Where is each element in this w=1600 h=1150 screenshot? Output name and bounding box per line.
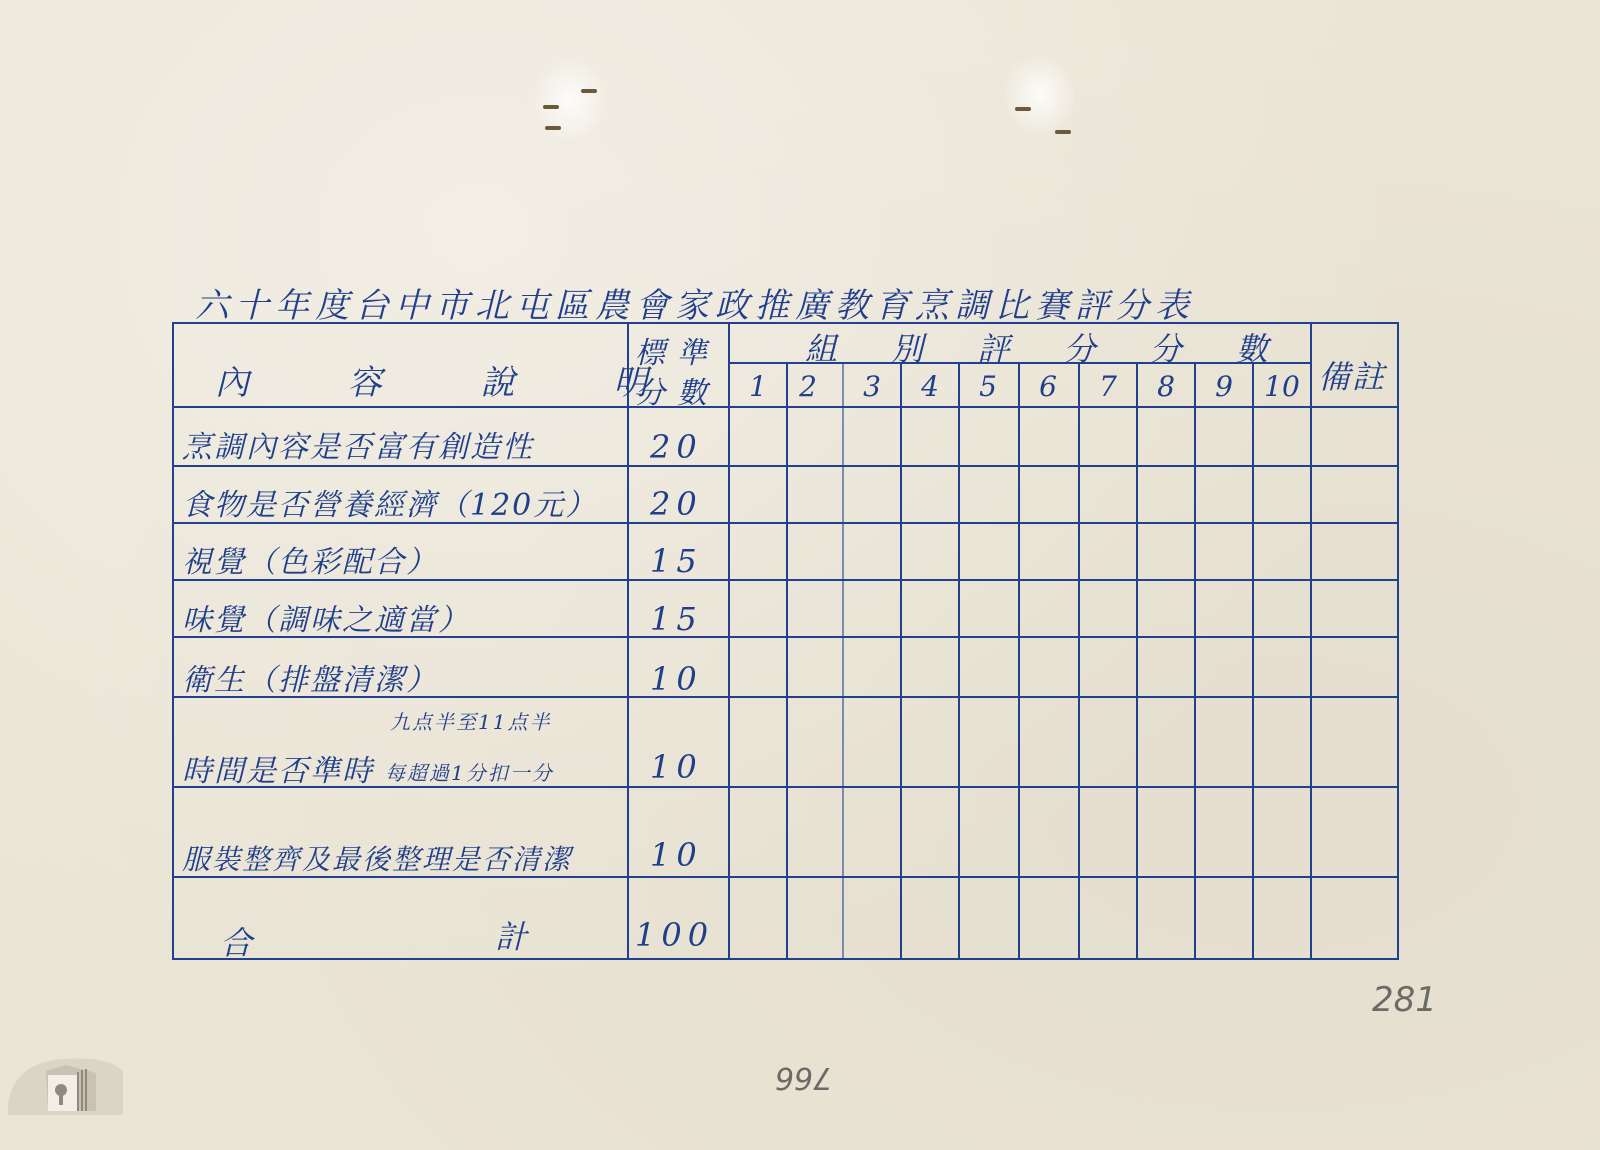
column-divider [627,322,629,960]
document-title: 六十年度台中市北屯區農會家政推廣教育烹調比賽評分表 [195,278,1155,327]
group-column-8: 8 [1138,370,1194,403]
column-divider [1136,362,1138,960]
header-remarks: 備註 [1318,352,1386,398]
header-standard-score-line1: 標準 [635,328,719,372]
table-right-border [1397,322,1399,960]
page-number-annotation: 281 [1372,980,1437,1020]
row-item-taste: 味覺（調味之適當） [182,595,470,639]
row-score-nutrition-economy: 20 [650,485,703,523]
total-score: 100 [635,916,714,954]
column-divider [728,322,730,960]
row-score-taste: 15 [650,600,703,638]
group-column-2: 2 [780,370,836,403]
column-divider [1310,322,1312,960]
group-column-5: 5 [960,370,1016,403]
row-note-punctuality-penalty: 每超過1分扣一分 [385,757,554,786]
row-item-nutrition-economy: 食物是否營養經濟（120元） [182,480,597,524]
row-score-hygiene: 10 [650,660,703,698]
row-item-punctuality: 時間是否準時 [182,746,374,790]
column-divider [1078,362,1080,960]
header-group-scores: 組 別 評 分 分 數 [805,324,1290,370]
table-left-border [172,322,174,960]
row-item-visual: 視覺（色彩配合） [182,537,438,581]
column-divider [786,362,788,960]
bottom-mark-annotation: 766 [775,1060,832,1095]
row-score-punctuality: 10 [650,748,703,786]
column-divider [1194,362,1196,960]
row-item-attire-cleanup: 服裝整齊及最後整理是否清潔 [182,838,572,878]
column-divider [842,362,844,960]
column-divider [958,362,960,960]
header-standard-score-line2: 分數 [635,368,719,412]
group-column-4: 4 [902,370,958,403]
total-label-right: 計 [495,912,529,958]
row-score-creativity: 20 [650,428,703,466]
row-score-attire-cleanup: 10 [650,836,703,874]
row-note-punctuality-time: 九点半至11点半 [390,706,551,735]
staple-hole-right [1005,55,1075,135]
group-column-3: 3 [844,370,900,403]
group-column-10: 10 [1254,370,1310,403]
column-divider [1252,362,1254,960]
archive-logo-icon [8,1045,123,1115]
header-description: 內 容 說 明 [215,355,691,404]
group-column-7: 7 [1080,370,1136,403]
column-divider [900,362,902,960]
group-column-6: 6 [1020,370,1076,403]
staple-hole-left [535,60,605,140]
row-score-visual: 15 [650,542,703,580]
column-divider [1018,362,1020,960]
row-item-creativity: 烹調內容是否富有創造性 [182,422,534,466]
total-label-left: 合 [220,918,254,964]
row-item-hygiene: 衛生（排盤清潔） [182,655,438,699]
group-column-1: 1 [730,370,786,403]
group-column-9: 9 [1196,370,1252,403]
